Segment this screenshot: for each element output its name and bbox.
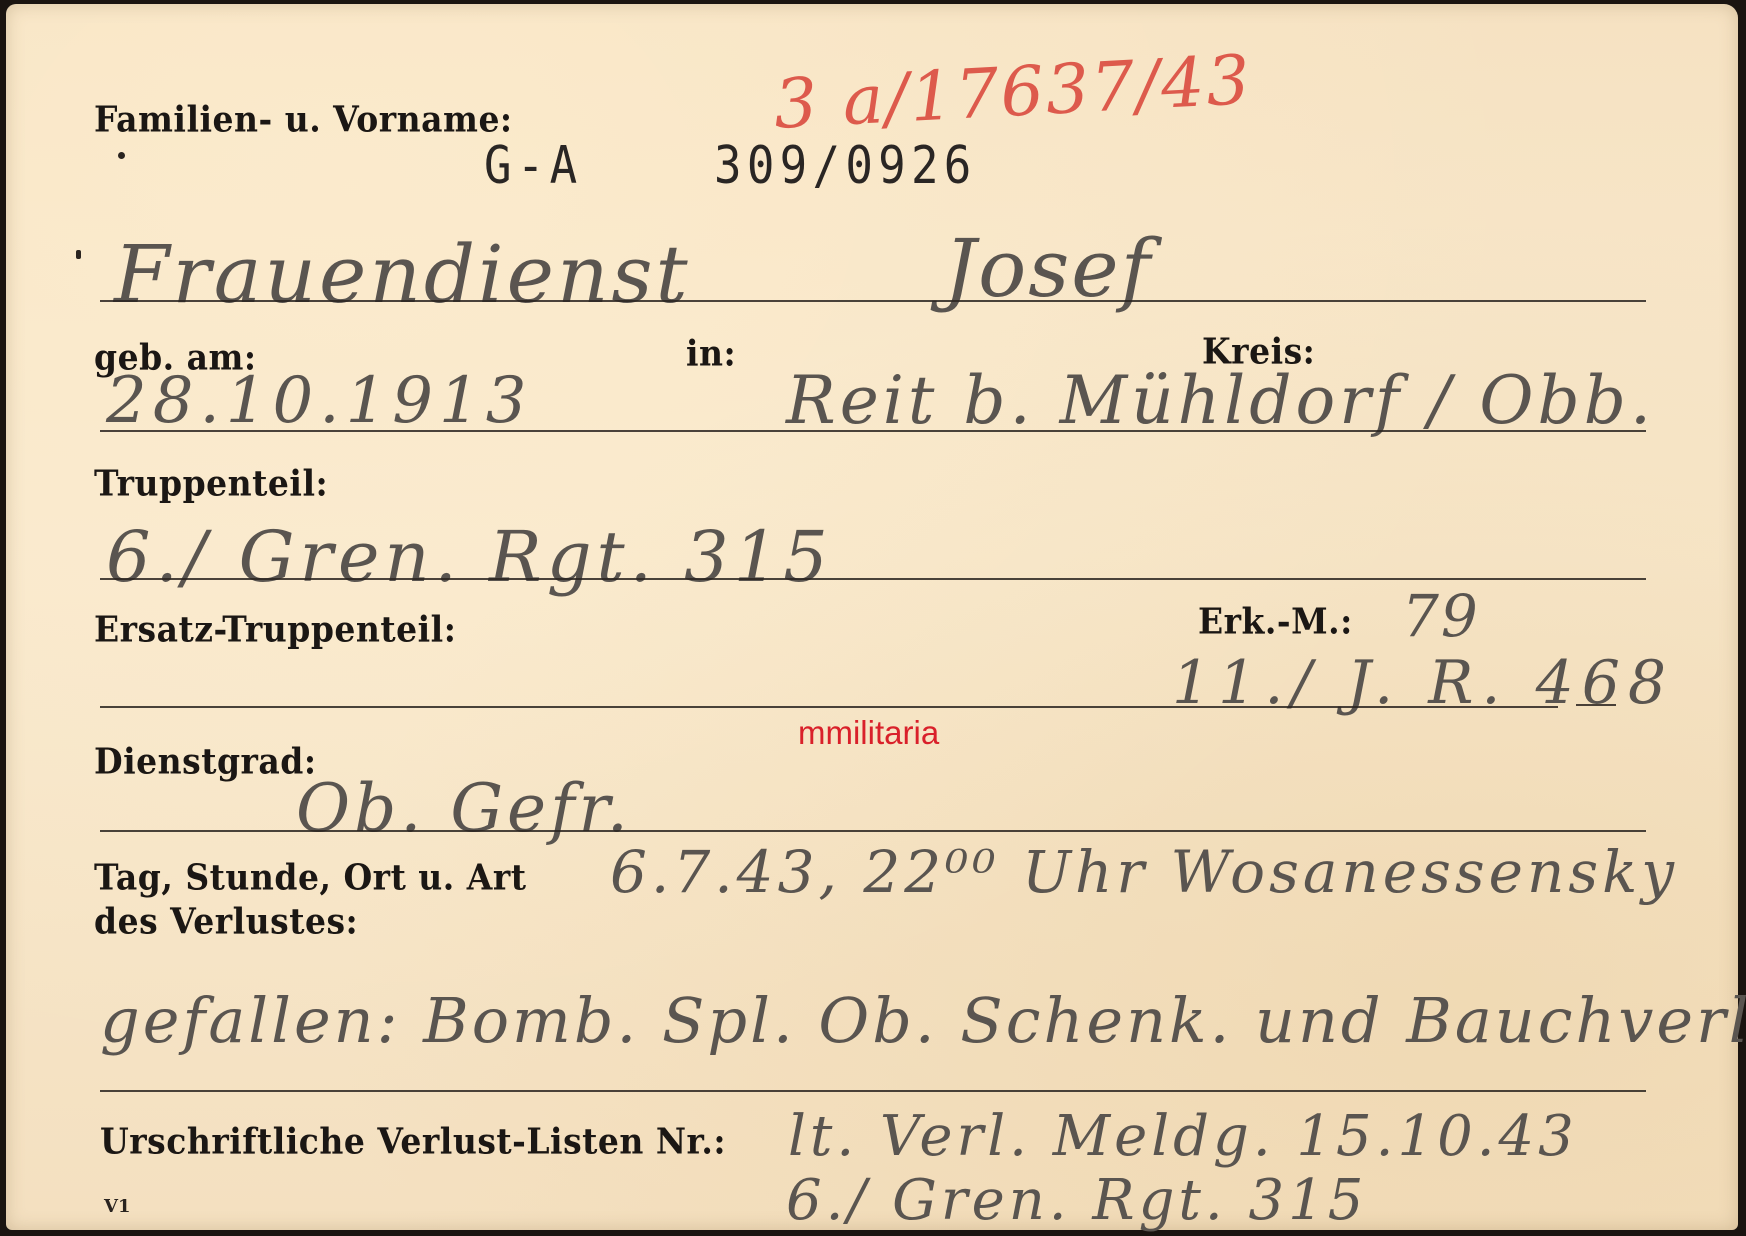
red-reference-number: 3 a/17637/43 [772,41,1254,145]
ink-speck [118,152,125,159]
rule-loss [100,1090,1646,1092]
label-name: Familien- u. Vorname: [94,98,513,140]
label-loss-list: Urschriftliche Verlust-Listen Nr.: [100,1120,726,1162]
id-tag-value-line1: 79 [1402,582,1480,650]
typed-code-number: 309/0926 [714,136,977,196]
loss-list-value-line1: lt. Verl. Meldg. 15.10.43 [788,1104,1578,1169]
rule-birth [100,430,1646,432]
rule-name [100,300,1646,302]
unit-value: 6./ Gren. Rgt. 315 [106,516,833,598]
label-loss-line2: des Verlustes: [94,900,358,942]
rule-replacement [100,706,1558,708]
birth-date-value: 28.10.1913 [106,364,532,438]
label-rank: Dienstgrad: [94,740,317,782]
ink-speck [76,250,81,259]
watermark: mmilitaria [798,714,939,752]
loss-list-value-line2: 6./ Gren. Rgt. 315 [786,1168,1367,1233]
label-replacement-unit: Ersatz-Truppenteil: [94,608,456,650]
rule-replacement-segment [1576,704,1616,706]
birth-place-value: Reit b. Mühldorf / Obb. [786,362,1655,439]
casualty-card: 3 a/17637/43 Familien- u. Vorname: G-A 3… [6,4,1738,1230]
loss-details-value-line2: gefallen: Bomb. Spl. Ob. Schenk. und Bau… [100,984,1746,1057]
surname-value: Frauendienst [114,228,691,321]
label-loss-line1: Tag, Stunde, Ort u. Art [94,856,527,898]
form-code: V1 [104,1196,131,1217]
loss-details-value-line1: 6.7.43, 22⁰⁰ Uhr Wosanessensky [610,838,1678,906]
typed-code-prefix: G-A [484,136,582,196]
rule-rank [100,830,1646,832]
label-birth-place: in: [686,332,736,374]
rule-unit [100,578,1646,580]
rank-value: Ob. Gefr. [296,770,632,847]
label-id-tag: Erk.-M.: [1198,600,1353,642]
label-unit: Truppenteil: [94,462,328,504]
